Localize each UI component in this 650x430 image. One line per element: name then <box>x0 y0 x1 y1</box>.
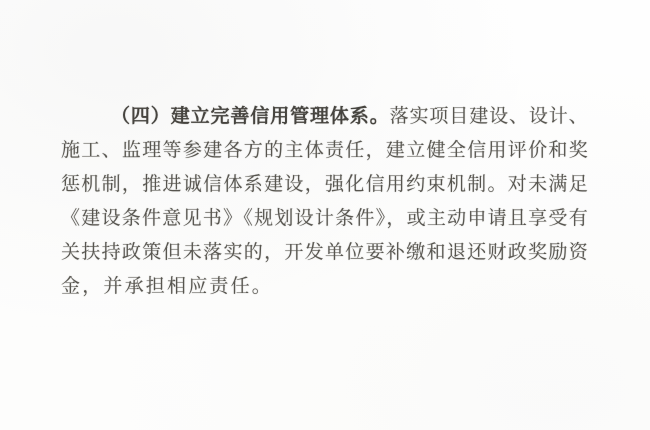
body-paragraph: （四）建立完善信用管理体系。落实项目建设、设计、 施工、监理等参建各方的主体责任… <box>61 100 588 304</box>
line-text: 施工、监理等参建各方的主体责任，建立健全信用评价和奖 <box>61 140 588 161</box>
line-text: 金，并承担相应责任。 <box>61 276 273 297</box>
text-line: 关扶持政策但未落实的，开发单位要补缴和退还财政奖励资 <box>61 236 588 270</box>
line-text: 《建设条件意见书》《规划设计条件》，或主动申请且享受有 <box>61 208 588 229</box>
text-line: 金，并承担相应责任。 <box>61 270 588 304</box>
document-page: （四）建立完善信用管理体系。落实项目建设、设计、 施工、监理等参建各方的主体责任… <box>0 0 650 430</box>
text-line: 惩机制，推进诚信体系建设，强化信用约束机制。对未满足 <box>61 168 588 202</box>
text-line: （四）建立完善信用管理体系。落实项目建设、设计、 <box>61 100 588 134</box>
line-text: 惩机制，推进诚信体系建设，强化信用约束机制。对未满足 <box>61 174 588 195</box>
text-line: 施工、监理等参建各方的主体责任，建立健全信用评价和奖 <box>61 134 588 168</box>
line-text: 关扶持政策但未落实的，开发单位要补缴和退还财政奖励资 <box>61 242 588 263</box>
line-text: 落实项目建设、设计、 <box>390 106 588 127</box>
section-heading: （四）建立完善信用管理体系。 <box>111 106 390 127</box>
text-line: 《建设条件意见书》《规划设计条件》，或主动申请且享受有 <box>61 202 588 236</box>
